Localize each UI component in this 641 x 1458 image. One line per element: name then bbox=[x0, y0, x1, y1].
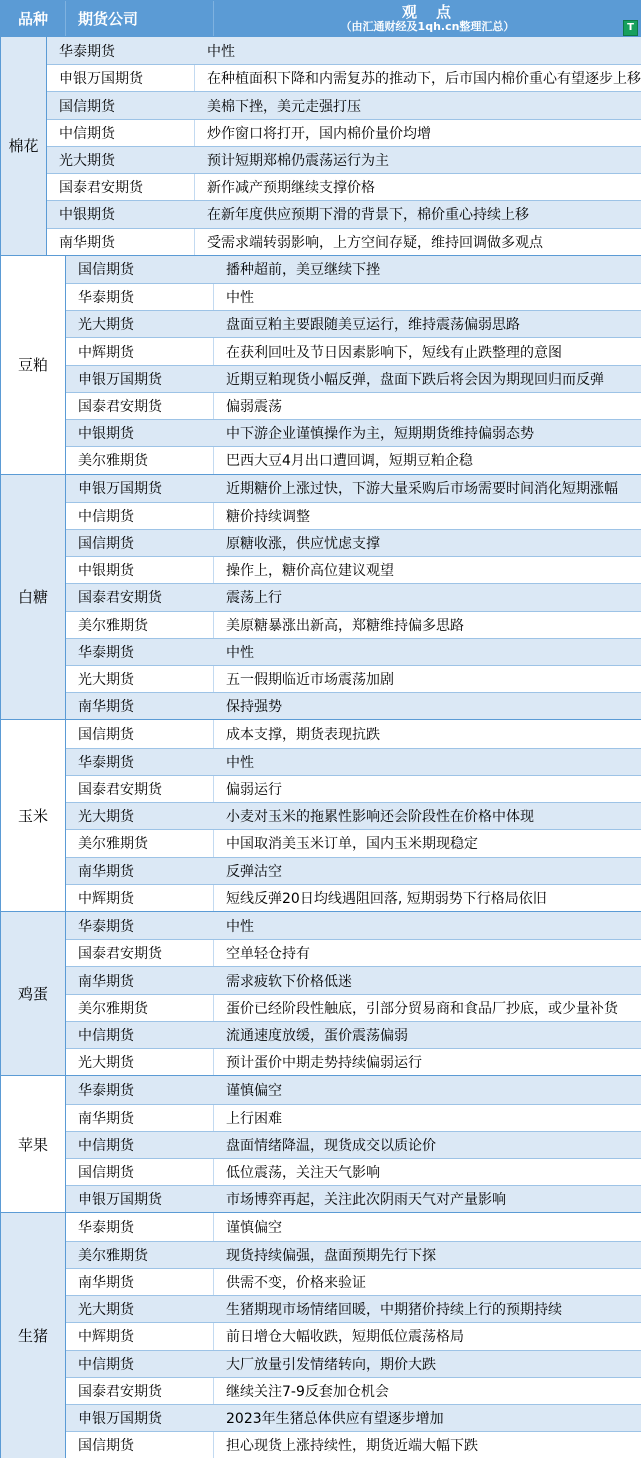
viewpoint-cell: 播种超前，美豆继续下挫 bbox=[214, 256, 641, 283]
company-cell: 国信期货 bbox=[66, 1432, 214, 1458]
table-row: 南华期货供需不变，价格来验证 bbox=[66, 1268, 641, 1295]
company-cell: 华泰期货 bbox=[66, 912, 214, 939]
table-row: 南华期货需求疲软下价格低迷 bbox=[66, 966, 641, 993]
viewpoint-cell: 预计短期郑棉仍震荡运行为主 bbox=[195, 147, 641, 173]
company-cell: 国泰君安期货 bbox=[47, 174, 195, 200]
company-cell: 光大期货 bbox=[66, 666, 214, 692]
company-cell: 国信期货 bbox=[47, 92, 195, 118]
futures-opinion-table: 品种 期货公司 观 点 （由汇通财经及1qh.cn整理汇总） T 棉花华泰期货中… bbox=[0, 0, 641, 1458]
viewpoint-cell: 在种植面积下降和内需复苏的推动下，后市国内棉价重心有望逐步上移 bbox=[195, 65, 641, 91]
table-row: 华泰期货谨慎偏空 bbox=[66, 1076, 641, 1103]
viewpoint-cell: 上行困难 bbox=[214, 1105, 641, 1131]
table-row: 光大期货预计蛋价中期走势持续偏弱运行 bbox=[66, 1048, 641, 1075]
table-row: 华泰期货中性 bbox=[66, 638, 641, 665]
viewpoint-cell: 中性 bbox=[214, 639, 641, 665]
commodity-section: 白糖申银万国期货近期糖价上涨过快，下游大量采购后市场需要时间消化短期涨幅中信期货… bbox=[1, 475, 641, 721]
table-row: 申银万国期货在种植面积下降和内需复苏的推动下，后市国内棉价重心有望逐步上移 bbox=[47, 64, 641, 91]
table-row: 光大期货生猪期现市场情绪回暖，中期猪价持续上行的预期持续 bbox=[66, 1295, 641, 1322]
viewpoint-cell: 新作减产预期继续支撑价格 bbox=[195, 174, 641, 200]
section-rows: 华泰期货中性国泰君安期货空单轻仓持有南华期货需求疲软下价格低迷美尔雅期货蛋价已经… bbox=[66, 912, 641, 1075]
table-row: 南华期货保持强势 bbox=[66, 692, 641, 719]
company-cell: 国泰君安期货 bbox=[66, 940, 214, 966]
variety-label: 鸡蛋 bbox=[1, 912, 66, 1075]
viewpoint-cell: 供需不变，价格来验证 bbox=[214, 1269, 641, 1295]
company-cell: 申银万国期货 bbox=[47, 65, 195, 91]
section-rows: 华泰期货中性申银万国期货在种植面积下降和内需复苏的推动下，后市国内棉价重心有望逐… bbox=[47, 37, 641, 255]
table-row: 申银万国期货2023年生猪总体供应有望逐步增加 bbox=[66, 1404, 641, 1431]
company-cell: 华泰期货 bbox=[66, 639, 214, 665]
viewpoint-cell: 前日增仓大幅收跌，短期低位震荡格局 bbox=[214, 1323, 641, 1349]
table-row: 中辉期货短线反弹20日均线遇阻回落, 短期弱势下行格局依旧 bbox=[66, 884, 641, 911]
section-rows: 国信期货播种超前，美豆继续下挫华泰期货中性光大期货盘面豆粕主要跟随美豆运行，维持… bbox=[66, 256, 641, 474]
header-company: 期货公司 bbox=[66, 1, 214, 36]
viewpoint-cell: 中性 bbox=[214, 749, 641, 775]
table-row: 美尔雅期货巴西大豆4月出口遭回调，短期豆粕企稳 bbox=[66, 446, 641, 473]
viewpoint-cell: 生猪期现市场情绪回暖，中期猪价持续上行的预期持续 bbox=[214, 1296, 641, 1322]
viewpoint-cell: 巴西大豆4月出口遭回调，短期豆粕企稳 bbox=[214, 447, 641, 473]
viewpoint-cell: 震荡上行 bbox=[214, 584, 641, 610]
viewpoint-cell: 受需求端转弱影响，上方空间存疑，维持回调做多观点 bbox=[195, 229, 641, 255]
table-header: 品种 期货公司 观 点 （由汇通财经及1qh.cn整理汇总） T bbox=[1, 1, 641, 37]
table-row: 国泰君安期货空单轻仓持有 bbox=[66, 939, 641, 966]
table-row: 中信期货盘面情绪降温，现货成交以质论价 bbox=[66, 1131, 641, 1158]
viewpoint-cell: 偏弱震荡 bbox=[214, 393, 641, 419]
commodity-section: 苹果华泰期货谨慎偏空南华期货上行困难中信期货盘面情绪降温，现货成交以质论价国信期… bbox=[1, 1076, 641, 1213]
table-row: 南华期货受需求端转弱影响，上方空间存疑，维持回调做多观点 bbox=[47, 228, 641, 255]
table-row: 华泰期货中性 bbox=[47, 37, 641, 64]
company-cell: 华泰期货 bbox=[66, 1213, 214, 1240]
company-cell: 申银万国期货 bbox=[66, 475, 214, 502]
company-cell: 美尔雅期货 bbox=[66, 830, 214, 856]
viewpoint-cell: 中性 bbox=[195, 37, 641, 64]
table-row: 中银期货操作上，糖价高位建议观望 bbox=[66, 556, 641, 583]
company-cell: 南华期货 bbox=[66, 693, 214, 719]
viewpoint-cell: 美棉下挫，美元走强打压 bbox=[195, 92, 641, 118]
company-cell: 中辉期货 bbox=[66, 885, 214, 911]
viewpoint-cell: 五一假期临近市场震荡加剧 bbox=[214, 666, 641, 692]
company-cell: 华泰期货 bbox=[47, 37, 195, 64]
table-row: 中信期货流通速度放缓，蛋价震荡偏弱 bbox=[66, 1021, 641, 1048]
viewpoint-cell: 反弹沽空 bbox=[214, 858, 641, 884]
viewpoint-cell: 中下游企业谨慎操作为主，短期期货维持偏弱态势 bbox=[214, 420, 641, 446]
company-cell: 华泰期货 bbox=[66, 284, 214, 310]
company-cell: 中信期货 bbox=[66, 1351, 214, 1377]
company-cell: 美尔雅期货 bbox=[66, 1242, 214, 1268]
viewpoint-cell: 预计蛋价中期走势持续偏弱运行 bbox=[214, 1049, 641, 1075]
company-cell: 美尔雅期货 bbox=[66, 447, 214, 473]
table-row: 中信期货炒作窗口将打开，国内棉价量价均增 bbox=[47, 119, 641, 146]
company-cell: 南华期货 bbox=[66, 1269, 214, 1295]
company-cell: 光大期货 bbox=[66, 311, 214, 337]
commodity-section: 生猪华泰期货谨慎偏空美尔雅期货现货持续偏强，盘面预期先行下探南华期货供需不变，价… bbox=[1, 1213, 641, 1458]
company-cell: 南华期货 bbox=[66, 858, 214, 884]
company-cell: 中信期货 bbox=[66, 503, 214, 529]
table-row: 国信期货播种超前，美豆继续下挫 bbox=[66, 256, 641, 283]
table-row: 华泰期货中性 bbox=[66, 283, 641, 310]
viewpoint-cell: 成本支撑，期货表现抗跌 bbox=[214, 720, 641, 747]
viewpoint-cell: 美原糖暴涨出新高，郑糖维持偏多思路 bbox=[214, 612, 641, 638]
table-row: 美尔雅期货蛋价已经阶段性触底，引部分贸易商和食品厂抄底，或少量补货 bbox=[66, 994, 641, 1021]
header-variety: 品种 bbox=[1, 1, 66, 36]
company-cell: 中辉期货 bbox=[66, 338, 214, 364]
company-cell: 国信期货 bbox=[66, 1159, 214, 1185]
viewpoint-cell: 偏弱运行 bbox=[214, 776, 641, 802]
table-row: 光大期货预计短期郑棉仍震荡运行为主 bbox=[47, 146, 641, 173]
viewpoint-cell: 现货持续偏强，盘面预期先行下探 bbox=[214, 1242, 641, 1268]
section-rows: 申银万国期货近期糖价上涨过快，下游大量采购后市场需要时间消化短期涨幅中信期货糖价… bbox=[66, 475, 641, 720]
variety-label: 白糖 bbox=[1, 475, 66, 720]
company-cell: 国泰君安期货 bbox=[66, 393, 214, 419]
table-row: 中信期货大厂放量引发情绪转向，期价大跌 bbox=[66, 1350, 641, 1377]
viewpoint-cell: 担心现货上涨持续性，期货近端大幅下跌 bbox=[214, 1432, 641, 1458]
company-cell: 光大期货 bbox=[47, 147, 195, 173]
table-row: 光大期货盘面豆粕主要跟随美豆运行，维持震荡偏弱思路 bbox=[66, 310, 641, 337]
viewpoint-cell: 小麦对玉米的拖累性影响还会阶段性在价格中体现 bbox=[214, 803, 641, 829]
table-row: 国泰君安期货新作减产预期继续支撑价格 bbox=[47, 173, 641, 200]
table-row: 国信期货担心现货上涨持续性，期货近端大幅下跌 bbox=[66, 1431, 641, 1458]
viewpoint-cell: 蛋价已经阶段性触底，引部分贸易商和食品厂抄底，或少量补货 bbox=[214, 995, 641, 1021]
table-row: 光大期货五一假期临近市场震荡加剧 bbox=[66, 665, 641, 692]
viewpoint-cell: 操作上，糖价高位建议观望 bbox=[214, 557, 641, 583]
viewpoint-cell: 保持强势 bbox=[214, 693, 641, 719]
company-cell: 中信期货 bbox=[66, 1022, 214, 1048]
table-row: 光大期货小麦对玉米的拖累性影响还会阶段性在价格中体现 bbox=[66, 802, 641, 829]
company-cell: 国泰君安期货 bbox=[66, 584, 214, 610]
viewpoint-cell: 中性 bbox=[214, 912, 641, 939]
company-cell: 申银万国期货 bbox=[66, 1186, 214, 1212]
viewpoint-cell: 需求疲软下价格低迷 bbox=[214, 967, 641, 993]
company-cell: 申银万国期货 bbox=[66, 366, 214, 392]
viewpoint-cell: 盘面情绪降温，现货成交以质论价 bbox=[214, 1132, 641, 1158]
company-cell: 中银期货 bbox=[66, 420, 214, 446]
viewpoint-cell: 中性 bbox=[214, 284, 641, 310]
viewpoint-cell: 炒作窗口将打开，国内棉价量价均增 bbox=[195, 120, 641, 146]
viewpoint-cell: 近期糖价上涨过快，下游大量采购后市场需要时间消化短期涨幅 bbox=[214, 475, 641, 502]
table-row: 美尔雅期货中国取消美玉米订单，国内玉米期现稳定 bbox=[66, 829, 641, 856]
commodity-section: 豆粕国信期货播种超前，美豆继续下挫华泰期货中性光大期货盘面豆粕主要跟随美豆运行，… bbox=[1, 256, 641, 475]
company-cell: 中银期货 bbox=[47, 201, 195, 227]
viewpoint-cell: 中国取消美玉米订单，国内玉米期现稳定 bbox=[214, 830, 641, 856]
table-row: 中辉期货前日增仓大幅收跌，短期低位震荡格局 bbox=[66, 1322, 641, 1349]
table-row: 申银万国期货近期豆粕现货小幅反弹，盘面下跌后将会因为期现回归而反弹 bbox=[66, 365, 641, 392]
viewpoint-cell: 低位震荡，关注天气影响 bbox=[214, 1159, 641, 1185]
company-cell: 南华期货 bbox=[66, 1105, 214, 1131]
viewpoint-cell: 在新年度供应预期下滑的背景下，棉价重心持续上移 bbox=[195, 201, 641, 227]
viewpoint-cell: 流通速度放缓，蛋价震荡偏弱 bbox=[214, 1022, 641, 1048]
company-cell: 国信期货 bbox=[66, 256, 214, 283]
table-body: 棉花华泰期货中性申银万国期货在种植面积下降和内需复苏的推动下，后市国内棉价重心有… bbox=[1, 37, 641, 1458]
table-row: 华泰期货中性 bbox=[66, 912, 641, 939]
table-row: 国信期货美棉下挫，美元走强打压 bbox=[47, 91, 641, 118]
section-rows: 国信期货成本支撑，期货表现抗跌华泰期货中性国泰君安期货偏弱运行光大期货小麦对玉米… bbox=[66, 720, 641, 911]
viewpoint-cell: 在获利回吐及节日因素影响下，短线有止跌整理的意图 bbox=[214, 338, 641, 364]
commodity-section: 鸡蛋华泰期货中性国泰君安期货空单轻仓持有南华期货需求疲软下价格低迷美尔雅期货蛋价… bbox=[1, 912, 641, 1076]
company-cell: 美尔雅期货 bbox=[66, 612, 214, 638]
table-row: 中银期货在新年度供应预期下滑的背景下，棉价重心持续上移 bbox=[47, 200, 641, 227]
viewpoint-cell: 大厂放量引发情绪转向，期价大跌 bbox=[214, 1351, 641, 1377]
table-row: 华泰期货谨慎偏空 bbox=[66, 1213, 641, 1240]
table-row: 国泰君安期货偏弱运行 bbox=[66, 775, 641, 802]
table-row: 国信期货成本支撑，期货表现抗跌 bbox=[66, 720, 641, 747]
viewpoint-cell: 盘面豆粕主要跟随美豆运行，维持震荡偏弱思路 bbox=[214, 311, 641, 337]
table-row: 华泰期货中性 bbox=[66, 748, 641, 775]
text-tool-icon[interactable]: T bbox=[623, 20, 638, 36]
viewpoint-cell: 近期豆粕现货小幅反弹，盘面下跌后将会因为期现回归而反弹 bbox=[214, 366, 641, 392]
company-cell: 中信期货 bbox=[66, 1132, 214, 1158]
company-cell: 华泰期货 bbox=[66, 749, 214, 775]
variety-label: 玉米 bbox=[1, 720, 66, 911]
table-row: 国信期货低位震荡，关注天气影响 bbox=[66, 1158, 641, 1185]
commodity-section: 棉花华泰期货中性申银万国期货在种植面积下降和内需复苏的推动下，后市国内棉价重心有… bbox=[1, 37, 641, 256]
variety-label: 豆粕 bbox=[1, 256, 66, 474]
section-rows: 华泰期货谨慎偏空美尔雅期货现货持续偏强，盘面预期先行下探南华期货供需不变，价格来… bbox=[66, 1213, 641, 1458]
viewpoint-cell: 继续关注7-9反套加仓机会 bbox=[214, 1378, 641, 1404]
viewpoint-cell: 空单轻仓持有 bbox=[214, 940, 641, 966]
table-row: 国泰君安期货继续关注7-9反套加仓机会 bbox=[66, 1377, 641, 1404]
viewpoint-cell: 原糖收涨，供应忧虑支撑 bbox=[214, 530, 641, 556]
table-row: 申银万国期货市场博弈再起，关注此次阴雨天气对产量影响 bbox=[66, 1185, 641, 1212]
company-cell: 申银万国期货 bbox=[66, 1405, 214, 1431]
viewpoint-cell: 市场博弈再起，关注此次阴雨天气对产量影响 bbox=[214, 1186, 641, 1212]
table-row: 申银万国期货近期糖价上涨过快，下游大量采购后市场需要时间消化短期涨幅 bbox=[66, 475, 641, 502]
company-cell: 中信期货 bbox=[47, 120, 195, 146]
company-cell: 国信期货 bbox=[66, 720, 214, 747]
viewpoint-cell: 短线反弹20日均线遇阻回落, 短期弱势下行格局依旧 bbox=[214, 885, 641, 911]
variety-label: 苹果 bbox=[1, 1076, 66, 1212]
company-cell: 光大期货 bbox=[66, 1296, 214, 1322]
table-row: 国泰君安期货偏弱震荡 bbox=[66, 392, 641, 419]
company-cell: 中银期货 bbox=[66, 557, 214, 583]
company-cell: 国泰君安期货 bbox=[66, 1378, 214, 1404]
header-viewpoint: 观 点 （由汇通财经及1qh.cn整理汇总） bbox=[214, 1, 641, 36]
table-row: 南华期货反弹沽空 bbox=[66, 857, 641, 884]
section-rows: 华泰期货谨慎偏空南华期货上行困难中信期货盘面情绪降温，现货成交以质论价国信期货低… bbox=[66, 1076, 641, 1212]
company-cell: 国信期货 bbox=[66, 530, 214, 556]
table-row: 南华期货上行困难 bbox=[66, 1104, 641, 1131]
company-cell: 美尔雅期货 bbox=[66, 995, 214, 1021]
table-row: 国泰君安期货震荡上行 bbox=[66, 583, 641, 610]
company-cell: 华泰期货 bbox=[66, 1076, 214, 1103]
table-row: 中银期货中下游企业谨慎操作为主，短期期货维持偏弱态势 bbox=[66, 419, 641, 446]
viewpoint-cell: 谨慎偏空 bbox=[214, 1076, 641, 1103]
company-cell: 国泰君安期货 bbox=[66, 776, 214, 802]
header-viewpoint-subtitle: （由汇通财经及1qh.cn整理汇总） bbox=[341, 21, 515, 34]
company-cell: 中辉期货 bbox=[66, 1323, 214, 1349]
variety-label: 棉花 bbox=[1, 37, 47, 255]
variety-label: 生猪 bbox=[1, 1213, 66, 1458]
header-viewpoint-title: 观 点 bbox=[402, 4, 453, 21]
viewpoint-cell: 糖价持续调整 bbox=[214, 503, 641, 529]
table-row: 国信期货原糖收涨，供应忧虑支撑 bbox=[66, 529, 641, 556]
company-cell: 南华期货 bbox=[66, 967, 214, 993]
table-row: 中信期货糖价持续调整 bbox=[66, 502, 641, 529]
viewpoint-cell: 谨慎偏空 bbox=[214, 1213, 641, 1240]
commodity-section: 玉米国信期货成本支撑，期货表现抗跌华泰期货中性国泰君安期货偏弱运行光大期货小麦对… bbox=[1, 720, 641, 912]
viewpoint-cell: 2023年生猪总体供应有望逐步增加 bbox=[214, 1405, 641, 1431]
table-row: 美尔雅期货美原糖暴涨出新高，郑糖维持偏多思路 bbox=[66, 611, 641, 638]
company-cell: 南华期货 bbox=[47, 229, 195, 255]
table-row: 美尔雅期货现货持续偏强，盘面预期先行下探 bbox=[66, 1241, 641, 1268]
table-row: 中辉期货在获利回吐及节日因素影响下，短线有止跌整理的意图 bbox=[66, 337, 641, 364]
company-cell: 光大期货 bbox=[66, 1049, 214, 1075]
company-cell: 光大期货 bbox=[66, 803, 214, 829]
